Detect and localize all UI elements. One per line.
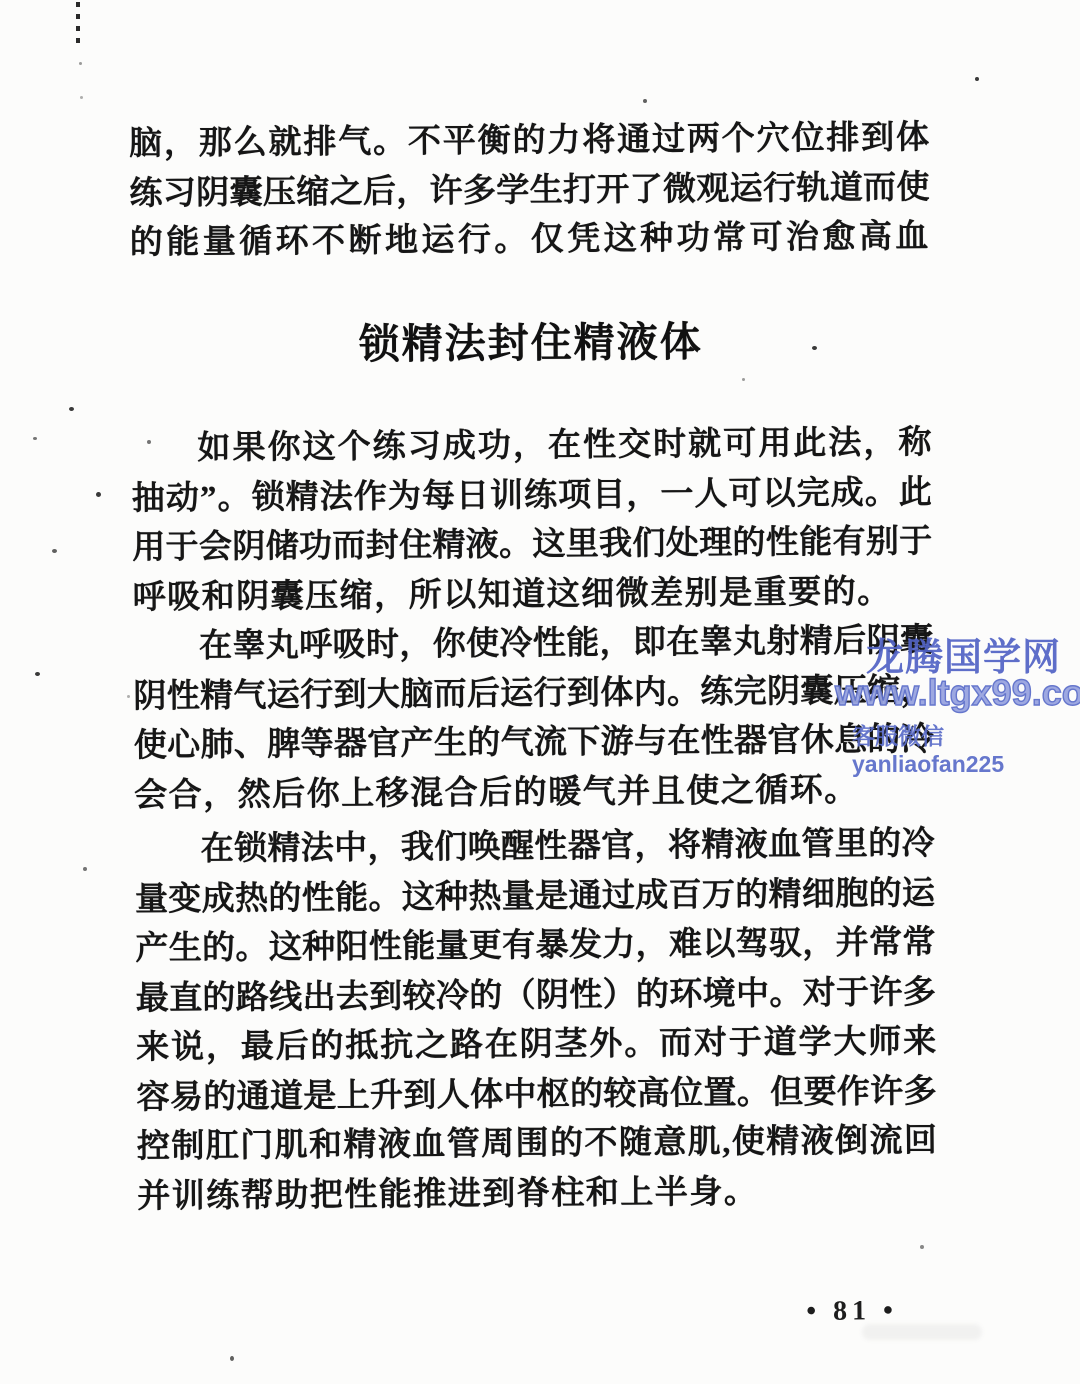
body-paragraph: 在锁精法中，我们唤醒性器官，将精液血管里的冷性能 量变成热的性能。这种热量是通过… — [134, 820, 937, 1222]
scan-speck — [147, 440, 151, 444]
scan-speck — [69, 407, 74, 411]
text-line: 容易的通道是上升到人体中枢的较高位置。但要作许多训练 — [136, 1067, 936, 1123]
page-scan-content: 脑，那么就排气。不平衡的力将通过两个穴位排到体外。在 练习阴囊压缩之后，许多学生… — [0, 0, 1080, 1384]
text-line: 会合，然后你上移混合后的暖气并且使之循环。 — [134, 765, 934, 821]
text-line: 在锁精法中，我们唤醒性器官，将精液血管里的冷性能 — [134, 820, 934, 876]
text-line: 抽动”。锁精法作为每日训练项目，一人可以完成。此法最好 — [132, 468, 932, 524]
body-paragraph: 如果你这个练习成功，在性交时就可用此法，称为“大 抽动”。锁精法作为每日训练项目… — [131, 419, 933, 623]
text-line: 如果你这个练习成功，在性交时就可用此法，称为“大 — [131, 419, 931, 475]
body-paragraph: 在睾丸呼吸时，你使冷性能，即在睾丸射精后阴囊里 阴性精气运行到大脑而后运行到体内… — [133, 617, 935, 821]
scan-speck — [79, 62, 82, 65]
text-line: 用于会阴储功而封住精液。这里我们处理的性能有别于睾丸 — [132, 518, 932, 574]
text-line: 的能量循环不断地运行。仅凭这种功常可治愈高血压。 — [130, 213, 930, 269]
scanned-book-page: 脑，那么就排气。不平衡的力将通过两个穴位排到体外。在 练习阴囊压缩之后，许多学生… — [0, 0, 1080, 1384]
scan-speck — [230, 1356, 234, 1361]
text-line: 产生的。这种阳性能量更有暴发力，难以驾驭，并常常寻找 — [135, 919, 935, 975]
text-line: 来说，最后的抵抗之路在阴茎外。而对于道学大师来说，最 — [136, 1018, 936, 1074]
text-line: 在睾丸呼吸时，你使冷性能，即在睾丸射精后阴囊里 — [133, 617, 933, 673]
scan-speck — [975, 77, 979, 81]
scan-speck — [83, 867, 87, 871]
scan-speck — [33, 437, 37, 440]
scan-speck — [127, 695, 130, 698]
scan-speck — [96, 492, 101, 497]
scan-speck — [35, 672, 40, 676]
text-line: 并训练帮助把性能推进到脊柱和上半身。 — [137, 1166, 937, 1222]
text-line: 呼吸和阴囊压缩，所以知道这细微差别是重要的。 — [132, 567, 932, 623]
scan-edge-mark — [76, 2, 80, 48]
scan-speck — [80, 96, 83, 99]
scan-speck — [742, 378, 745, 381]
section-heading: 锁精法封住精液体 — [130, 313, 930, 373]
text-line: 使心肺、脾等器官产生的气流下游与在性器官休息的冷精气 — [134, 716, 934, 772]
text-line: 控制肛门肌和精液血管周围的不随意肌,使精液倒流回阴茎， — [137, 1117, 937, 1173]
scan-speck — [812, 346, 817, 350]
text-line: 量变成热的性能。这种热量是通过成百万的精细胞的运动而 — [135, 869, 935, 925]
paragraph-continuation: 脑，那么就排气。不平衡的力将通过两个穴位排到体外。在 练习阴囊压缩之后，许多学生… — [129, 114, 930, 269]
scan-speck — [52, 549, 57, 553]
scan-speck — [643, 99, 647, 103]
scan-speck — [920, 1245, 924, 1249]
text-line: 练习阴囊压缩之后，许多学生打开了微观运行轨道而使他们 — [129, 163, 929, 219]
text-line: 阴性精气运行到大脑而后运行到体内。练完阴囊压缩，你迫 — [133, 666, 933, 722]
page-number: • 81 • — [806, 1295, 898, 1328]
text-line: 最直的路线出去到较冷的（阴性）的环境中。对于许多男人 — [136, 968, 936, 1024]
scan-smudge — [862, 1324, 982, 1340]
text-line: 脑，那么就排气。不平衡的力将通过两个穴位排到体外。在 — [129, 114, 929, 170]
